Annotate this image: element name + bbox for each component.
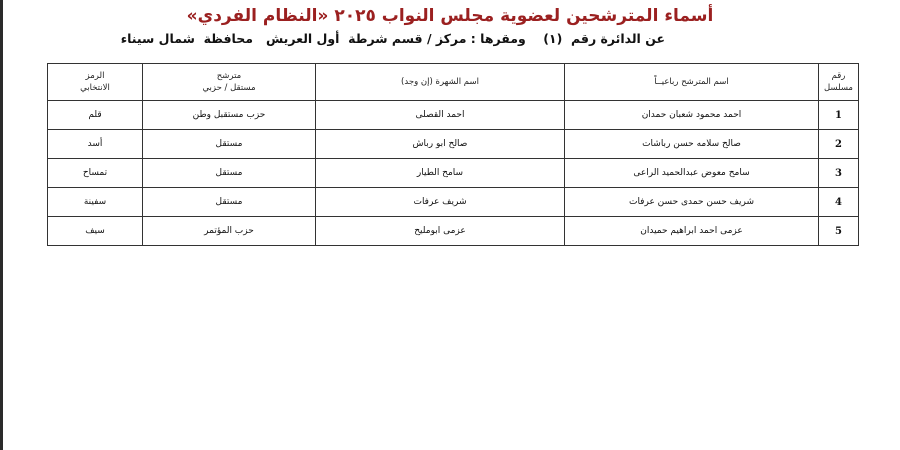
cell-affiliation: حزب المؤتمر xyxy=(143,217,316,246)
candidates-table: رقم مسلسل اسم المترشح رباعيــاً اسم الشه… xyxy=(47,63,859,246)
cell-popular-name: سامح الطيار xyxy=(316,159,565,188)
cell-full-name: سامح معوض عبدالحميد الراعى xyxy=(565,159,819,188)
table-row: 4 شريف حسن حمدى حسن عرفات شريف عرفات مست… xyxy=(48,188,859,217)
cell-serial: 5 xyxy=(819,217,859,246)
cell-symbol: تمساح xyxy=(48,159,143,188)
header-serial: رقم مسلسل xyxy=(819,64,859,101)
cell-full-name: شريف حسن حمدى حسن عرفات xyxy=(565,188,819,217)
table-row: 3 سامح معوض عبدالحميد الراعى سامح الطيار… xyxy=(48,159,859,188)
cell-symbol: أسد xyxy=(48,130,143,159)
district-subtitle: عن الدائرة رقم (١) ومقرها : مركز / قسم ش… xyxy=(121,30,665,48)
page-edge xyxy=(0,0,3,450)
cell-affiliation: حزب مستقبل وطن xyxy=(143,101,316,130)
table-row: 1 احمد محمود شعبان حمدان احمد القصلى حزب… xyxy=(48,101,859,130)
document-title: أسماء المترشحين لعضوية مجلس النواب ٢٠٢٥ … xyxy=(0,4,900,28)
cell-symbol: سيف xyxy=(48,217,143,246)
header-popular-name: اسم الشهرة (إن وجد) xyxy=(316,64,565,101)
cell-serial: 4 xyxy=(819,188,859,217)
cell-full-name: صالح سلامه حسن رباشات xyxy=(565,130,819,159)
cell-popular-name: احمد القصلى xyxy=(316,101,565,130)
table-row: 2 صالح سلامه حسن رباشات صالح ابو رباش مس… xyxy=(48,130,859,159)
header-affiliation: مترشح مستقل / حزبي xyxy=(143,64,316,101)
cell-symbol: سفينة xyxy=(48,188,143,217)
cell-popular-name: عزمى ابومليح xyxy=(316,217,565,246)
cell-serial: 3 xyxy=(819,159,859,188)
cell-serial: 1 xyxy=(819,101,859,130)
cell-symbol: قلم xyxy=(48,101,143,130)
cell-affiliation: مستقل xyxy=(143,159,316,188)
table-header-row: رقم مسلسل اسم المترشح رباعيــاً اسم الشه… xyxy=(48,64,859,101)
cell-full-name: احمد محمود شعبان حمدان xyxy=(565,101,819,130)
cell-serial: 2 xyxy=(819,130,859,159)
cell-popular-name: شريف عرفات xyxy=(316,188,565,217)
header-full-name: اسم المترشح رباعيــاً xyxy=(565,64,819,101)
cell-popular-name: صالح ابو رباش xyxy=(316,130,565,159)
table-row: 5 عزمى احمد ابراهيم حميدان عزمى ابومليح … xyxy=(48,217,859,246)
header-symbol: الرمز الانتخابي xyxy=(48,64,143,101)
cell-affiliation: مستقل xyxy=(143,188,316,217)
cell-full-name: عزمى احمد ابراهيم حميدان xyxy=(565,217,819,246)
cell-affiliation: مستقل xyxy=(143,130,316,159)
